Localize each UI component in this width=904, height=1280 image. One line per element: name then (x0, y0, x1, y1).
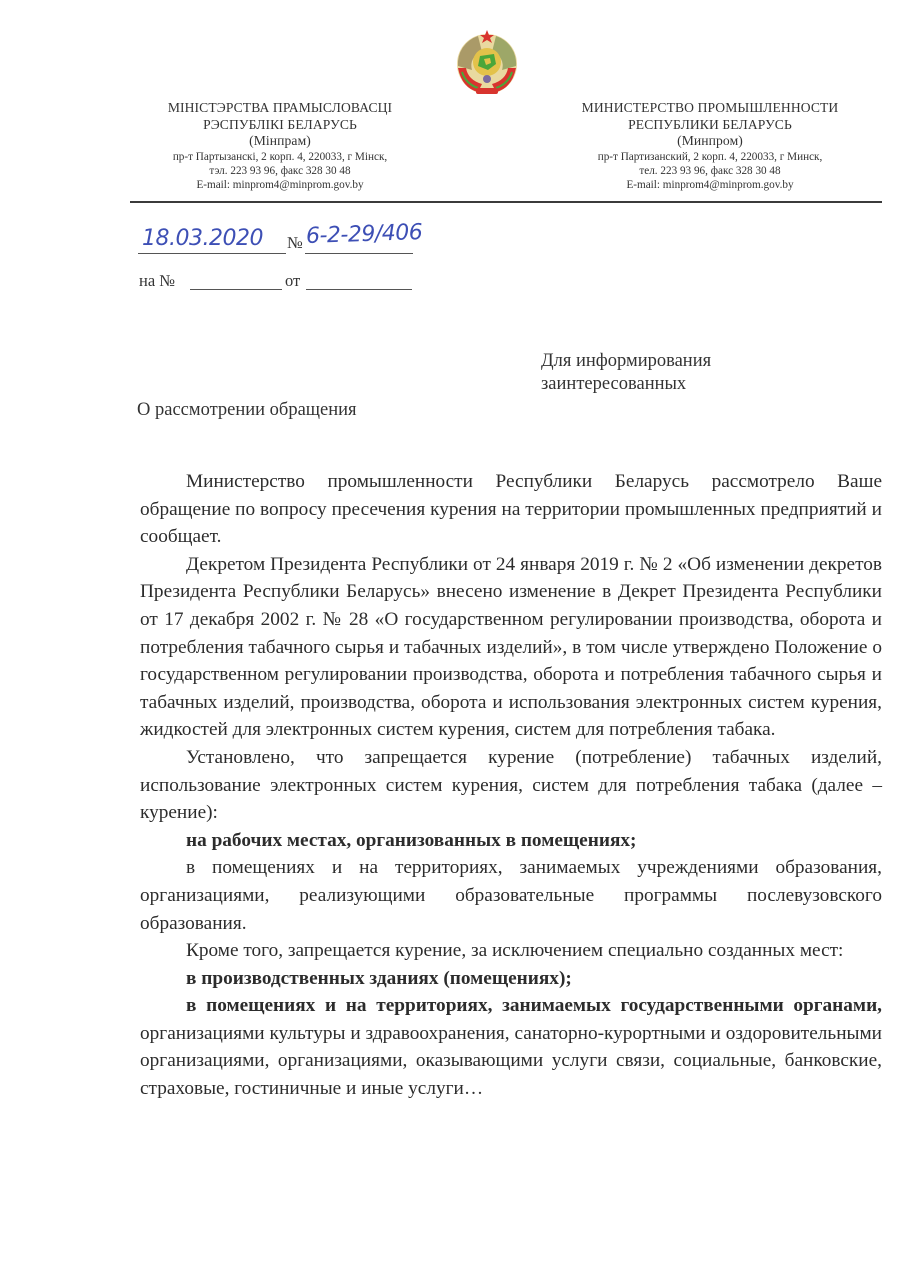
from-date-underline (306, 289, 412, 290)
from-label: от (285, 271, 300, 291)
paragraph-exceptions: Кроме того, запрещается курение, за искл… (140, 937, 882, 965)
email-ru: E-mail: minprom4@minprom.gov.by (550, 178, 870, 192)
email-by: E-mail: minprom4@minprom.gov.by (130, 178, 430, 192)
bold-state-bodies: в помещениях и на территориях, занимаемы… (186, 995, 882, 1016)
bold-workplaces: на рабочих местах, организованных в поме… (186, 830, 636, 851)
letterhead-russian: МИНИСТЕРСТВО ПРОМЫШЛЕННОСТИ РЕСПУБЛИКИ Б… (550, 100, 870, 192)
ministry-short-name-by: (Мінпрам) (130, 133, 430, 150)
paragraph-state-bodies: в помещениях и на территориях, занимаемы… (140, 992, 882, 1102)
paragraph-workplaces: на рабочих местах, организованных в поме… (140, 827, 882, 855)
subject-line: О рассмотрении обращения (137, 400, 357, 421)
reply-to-label: на № (139, 271, 175, 291)
paragraph-industrial-buildings: в производственных зданиях (помещениях); (140, 965, 882, 993)
phone-by: тэл. 223 93 96, факс 328 30 48 (130, 164, 430, 178)
addressee-line2: заинтересованных (541, 373, 711, 396)
letterhead-belarusian: МІНІСТЭРСТВА ПРАМЫСЛОВАСЦІ РЭСПУБЛІКІ БЕ… (130, 100, 430, 192)
paragraph-education: в помещениях и на территориях, занимаемы… (140, 854, 882, 937)
reply-number-underline (190, 289, 282, 290)
paragraph-intro: Министерство промышленности Республики Б… (140, 468, 882, 551)
letter-body: Министерство промышленности Республики Б… (140, 468, 882, 1103)
phone-ru: тел. 223 93 96, факс 328 30 48 (550, 164, 870, 178)
handwritten-number: 6-2-29/406 (306, 220, 423, 249)
date-underline (138, 253, 286, 254)
addressee: Для информирования заинтересованных (541, 350, 711, 396)
ministry-title-ru-line1: МИНИСТЕРСТВО ПРОМЫШЛЕННОСТИ (550, 100, 870, 117)
handwritten-date: 18.03.2020 (142, 226, 263, 251)
ministry-title-by-line1: МІНІСТЭРСТВА ПРАМЫСЛОВАСЦІ (130, 100, 430, 117)
ministry-title-by-line2: РЭСПУБЛІКІ БЕЛАРУСЬ (130, 117, 430, 134)
bold-industrial-buildings: в производственных зданиях (помещениях); (186, 968, 572, 989)
address-ru: пр-т Партизанский, 2 корп. 4, 220033, г … (550, 150, 870, 164)
ministry-title-ru-line2: РЕСПУБЛИКИ БЕЛАРУСЬ (550, 117, 870, 134)
addressee-line1: Для информирования (541, 350, 711, 373)
letterhead-divider (130, 201, 882, 203)
ministry-short-name-ru: (Минпром) (550, 133, 870, 150)
state-bodies-rest: организациями культуры и здравоохранения… (140, 1023, 882, 1099)
paragraph-prohibition: Установлено, что запрещается курение (по… (140, 744, 882, 827)
paragraph-decree: Декретом Президента Республики от 24 янв… (140, 551, 882, 744)
number-label: № (287, 233, 303, 253)
number-underline (305, 253, 413, 254)
state-emblem-icon (448, 22, 526, 100)
address-by: пр-т Партызанскі, 2 корп. 4, 220033, г М… (130, 150, 430, 164)
